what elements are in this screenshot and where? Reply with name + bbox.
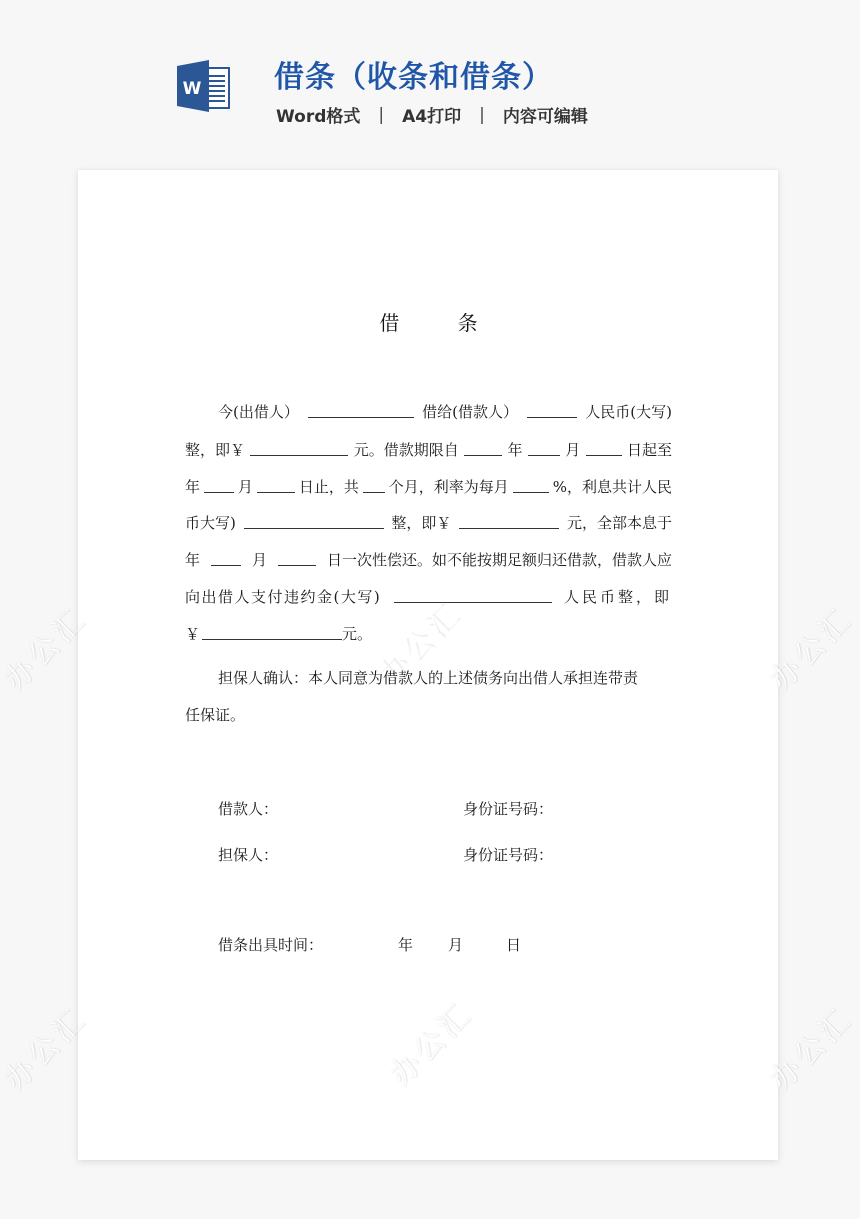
guarantor-id-label: 身份证号码： [463, 844, 553, 865]
paragraph-line: 年 月 日一次性偿还。如不能按期足额归还借款，借款人应 [185, 550, 672, 570]
feature-word-format: Word格式 [276, 102, 360, 127]
page-header: W 借条（收条和借条） Word格式 | A4打印 | 内容可编辑 [0, 0, 860, 160]
repay-month-blank[interactable] [211, 550, 241, 566]
separator: | [479, 105, 485, 125]
paragraph-line: 币大写) 整，即￥ 元，全部本息于 [185, 513, 672, 533]
separator: | [378, 105, 384, 125]
feature-editable: 内容可编辑 [503, 102, 588, 127]
interest-amount-blank[interactable] [244, 513, 384, 529]
interest-yuan-blank[interactable] [459, 513, 559, 529]
paragraph-line: ￥ 元。 [185, 624, 672, 644]
issue-month-label: 月 [448, 934, 463, 955]
word-icon: W [175, 58, 231, 114]
feature-list: Word格式 | A4打印 | 内容可编辑 [276, 102, 588, 127]
paragraph-line: 整，即￥ 元。借款期限自 年 月 日起至 [185, 440, 672, 460]
guarantor-confirmation: 担保人确认：本人同意为借款人的上述债务向出借人承担连带责 [185, 668, 672, 688]
page-title: 借条（收条和借条） [274, 52, 553, 96]
interest-rate-blank[interactable] [513, 477, 549, 493]
feature-a4-print: A4打印 [402, 102, 461, 127]
penalty-amount-blank[interactable] [394, 587, 552, 603]
borrower-signature-label: 借款人： [218, 798, 278, 819]
start-month-blank[interactable] [528, 440, 560, 456]
paragraph-line: 今(出借人） 借给(借款人） 人民币(大写) [185, 402, 672, 422]
start-day-blank[interactable] [586, 440, 622, 456]
penalty-yuan-blank[interactable] [202, 624, 342, 640]
months-blank[interactable] [363, 477, 385, 493]
svg-text:W: W [183, 79, 202, 99]
document-page: 办公汇 借 条 今(出借人） 借给(借款人） 人民币(大写) 整，即￥ 元。借款… [78, 170, 778, 1160]
amount-blank[interactable] [250, 440, 348, 456]
paragraph-line: 年 月 日止，共 个月，利率为每月 %，利息共计人民 [185, 477, 672, 497]
borrower-blank[interactable] [527, 402, 577, 418]
document-title: 借 条 [185, 307, 672, 336]
start-year-blank[interactable] [464, 440, 502, 456]
issue-day-label: 日 [506, 934, 521, 955]
borrower-id-label: 身份证号码： [463, 798, 553, 819]
paragraph-line: 向出借人支付违约金(大写) 人民币整，即 [185, 587, 672, 607]
end-day-blank[interactable] [257, 477, 295, 493]
issue-year-label: 年 [398, 934, 413, 955]
issue-date-label: 借条出具时间： [218, 934, 323, 955]
end-month-blank[interactable] [204, 477, 234, 493]
repay-day-blank[interactable] [278, 550, 316, 566]
guarantor-signature-label: 担保人： [218, 844, 278, 865]
guarantor-confirmation: 任保证。 [185, 705, 672, 725]
lender-blank[interactable] [308, 402, 414, 418]
